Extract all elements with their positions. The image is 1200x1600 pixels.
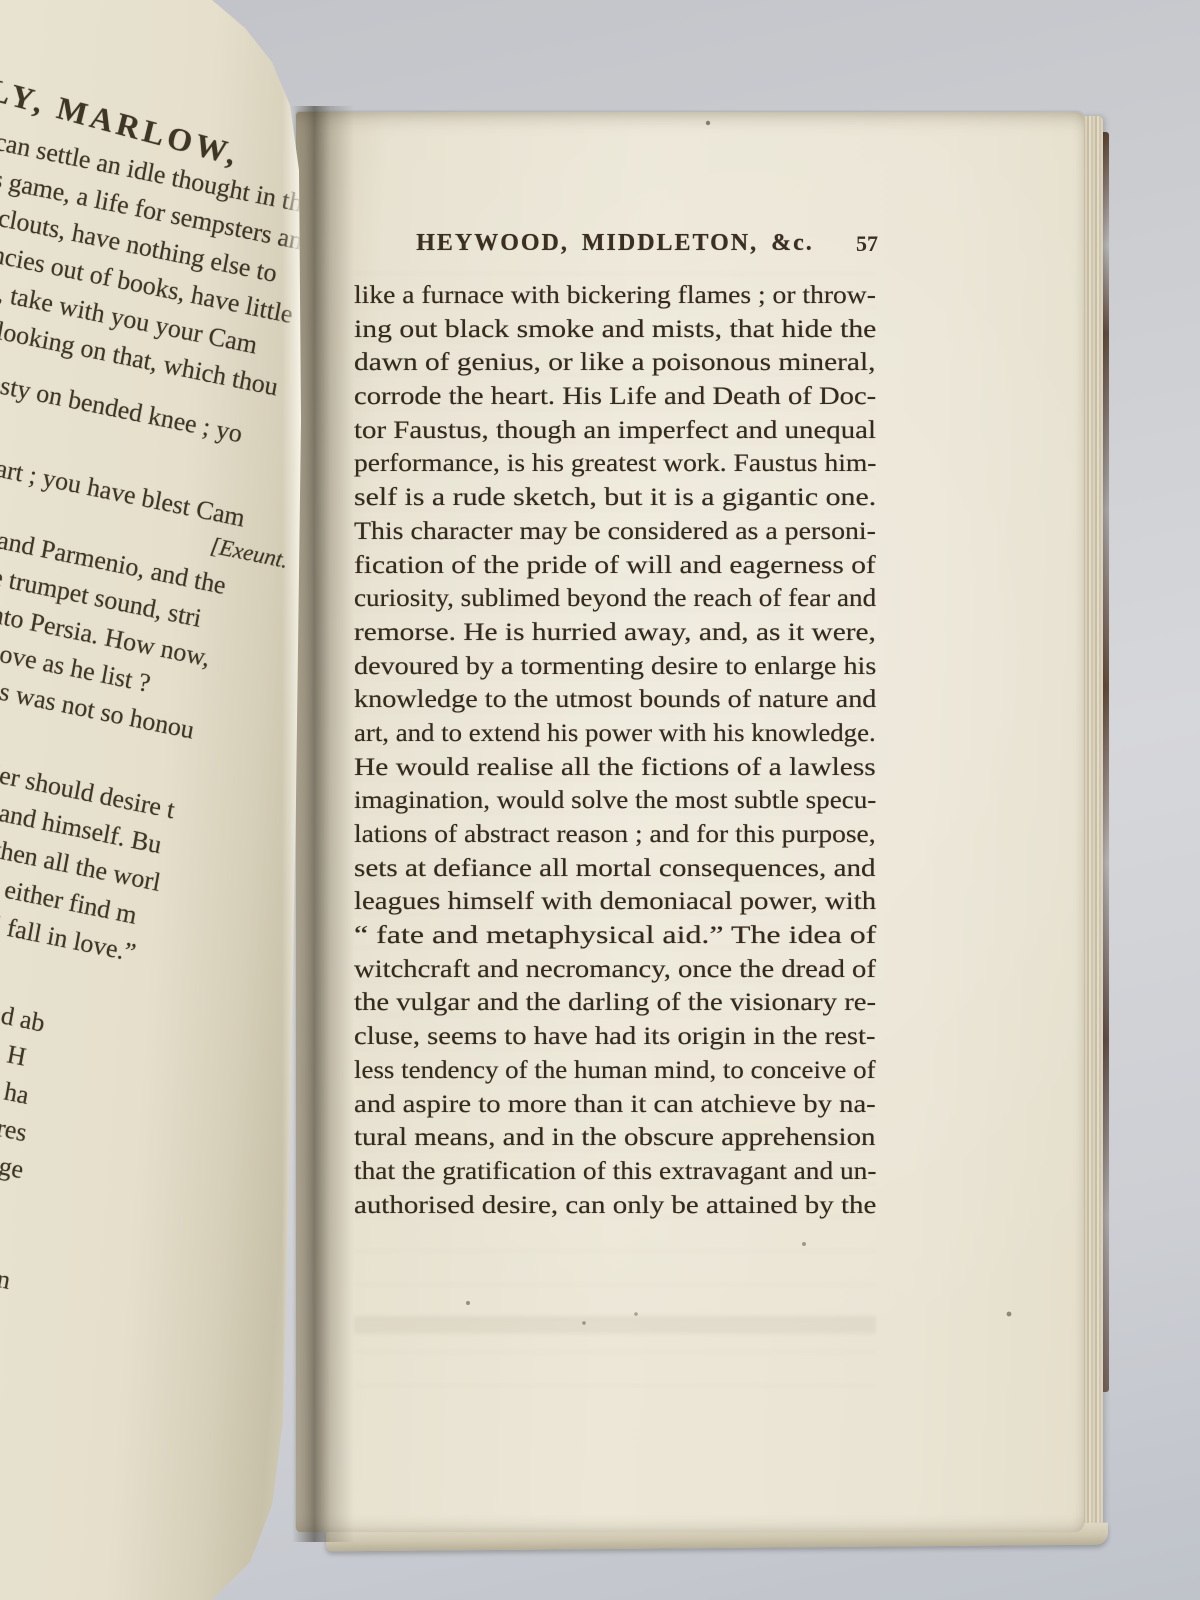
page-number: 57	[856, 231, 878, 257]
left-page: LYLY, MARLOW, an eye can settle an idle …	[0, 0, 305, 1600]
right-page: HEYWOOD, MIDDLETON, &c. 57 like a furnac…	[296, 112, 1084, 1532]
photo-background: HEYWOOD, MIDDLETON, &c. 57 like a furnac…	[0, 0, 1200, 1600]
running-header: HEYWOOD, MIDDLETON, &c.	[354, 230, 876, 257]
show-through-smudge	[354, 272, 876, 1392]
gutter-shadow	[292, 106, 354, 1542]
running-header-row: HEYWOOD, MIDDLETON, &c. 57	[354, 230, 876, 270]
fore-edge-page-stack	[1081, 116, 1103, 1530]
